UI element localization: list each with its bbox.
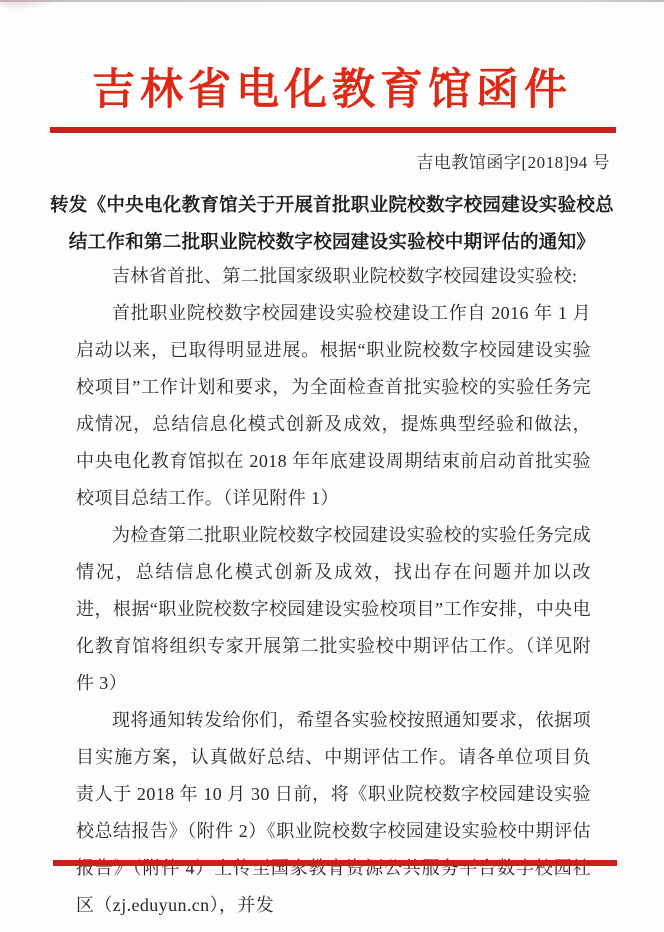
scanned-letter-page: { "letterhead": { "title": "吉林省电化教育馆函件",… — [0, 0, 664, 932]
letterhead-title: 吉林省电化教育馆函件 — [0, 56, 664, 117]
paragraph-2: 为检查第二批职业院校数字校园建设实验校的实验任务完成情况，总结信息化模式创新及成… — [76, 517, 591, 702]
notice-title-line1: 转发《中央电化教育馆关于开展首批职业院校数字校园建设实验校总 — [40, 186, 624, 223]
paragraph-1: 首批职业院校数字校园建设实验校建设工作自 2016 年 1 月启动以来，已取得明… — [76, 295, 591, 517]
notice-title-line2: 结工作和第二批职业院校数字校园建设实验校中期评估的通知》 — [40, 223, 624, 260]
scan-corner-smudge — [0, 0, 58, 10]
document-number: 吉电教馆函字[2018]94 号 — [0, 148, 610, 173]
salutation: 吉林省首批、第二批国家级职业院校数字校园建设实验校: — [76, 258, 591, 295]
scan-top-edge-artifact — [0, 0, 664, 2]
header-divider-rule — [50, 127, 616, 133]
paragraph-3: 现将通知转发给你们，希望各实验校按照通知要求，依据项目实施方案，认真做好总结、中… — [76, 702, 591, 924]
notice-title: 转发《中央电化教育馆关于开展首批职业院校数字校园建设实验校总 结工作和第二批职业… — [40, 186, 624, 260]
footer-divider-rule — [53, 860, 617, 866]
letter-body: 吉林省首批、第二批国家级职业院校数字校园建设实验校: 首批职业院校数字校园建设实… — [76, 258, 591, 924]
